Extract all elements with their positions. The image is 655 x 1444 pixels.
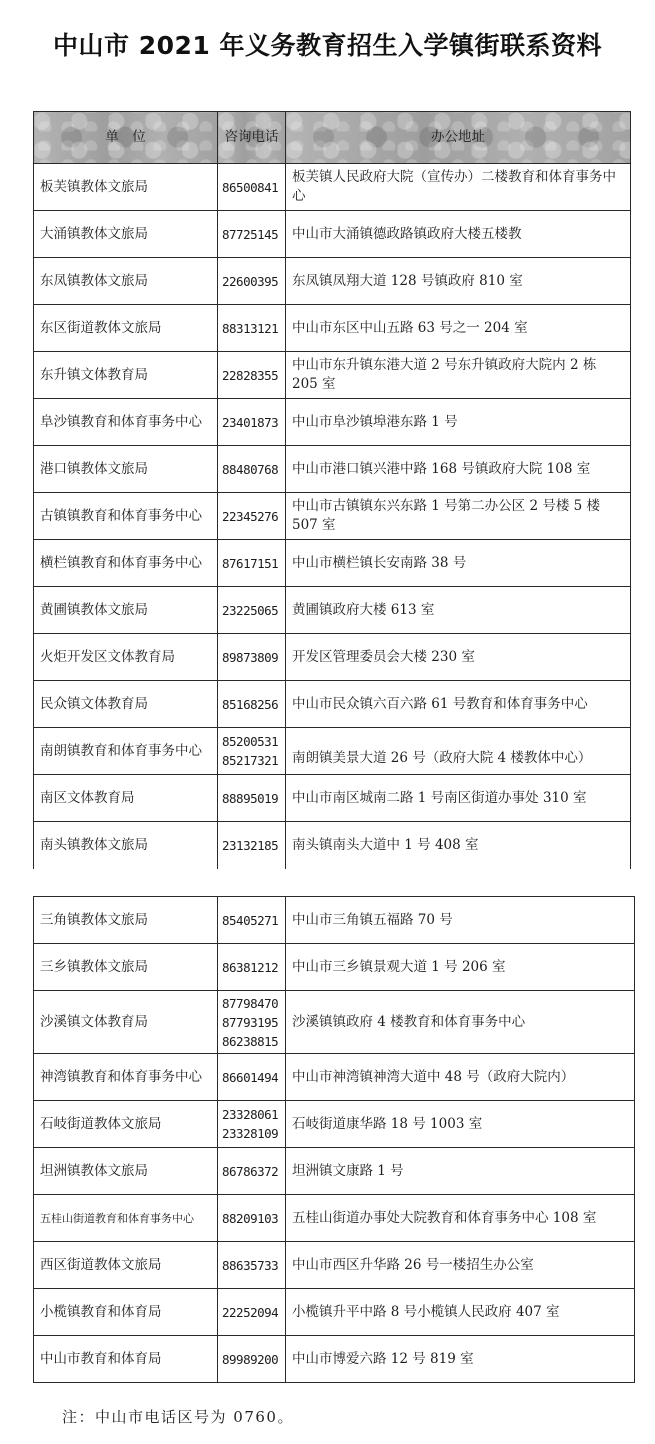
phone-cell: 22828355 [218,352,286,399]
unit-cell: 坦洲镇教体文旅局 [34,1148,218,1195]
table-row: 沙溪镇文体教育局 87798470 87793195 86238815 沙溪镇镇… [34,991,635,1054]
address-cell: 中山市南区城南二路 1 号南区街道办事处 310 室 [286,775,631,822]
table-row: 火炬开发区文体教育局 89873809 开发区管理委员会大楼 230 室 [34,634,631,681]
unit-cell: 阜沙镇教育和体育事务中心 [34,399,218,446]
phone-cell: 22345276 [218,493,286,540]
table-row: 神湾镇教育和体育事务中心 86601494 中山市神湾镇神湾大道中 48 号（政… [34,1054,635,1101]
unit-cell: 黄圃镇教体文旅局 [34,587,218,634]
phone-number: 85200531 [222,732,281,751]
address-cell: 中山市阜沙镇埠港东路 1 号 [286,399,631,446]
table-row: 东升镇文体教育局 22828355 中山市东升镇东港大道 2 号东升镇政府大院内… [34,352,631,399]
phone-cell: 87725145 [218,211,286,258]
table-row: 三乡镇教体文旅局 86381212 中山市三乡镇景观大道 1 号 206 室 [34,944,635,991]
unit-cell: 五桂山街道教育和体育事务中心 [34,1195,218,1242]
unit-cell: 沙溪镇文体教育局 [34,991,218,1054]
table-row: 阜沙镇教育和体育事务中心 23401873 中山市阜沙镇埠港东路 1 号 [34,399,631,446]
phone-number: 87798470 [222,994,281,1013]
header-unit: 单 位 [34,112,218,164]
phone-cell: 86786372 [218,1148,286,1195]
table-row: 坦洲镇教体文旅局 86786372 坦洲镇文康路 1 号 [34,1148,635,1195]
address-cell: 中山市东区中山五路 63 号之一 204 室 [286,305,631,352]
address-cell: 坦洲镇文康路 1 号 [286,1148,635,1195]
phone-cell: 86601494 [218,1054,286,1101]
table-row: 古镇镇教育和体育事务中心 22345276 中山市古镇镇东兴东路 1 号第二办公… [34,493,631,540]
address-cell: 石岐街道康华路 18 号 1003 室 [286,1101,635,1148]
address-cell: 中山市神湾镇神湾大道中 48 号（政府大院内） [286,1054,635,1101]
table-header-row: 单 位 咨询电话 办公地址 [34,112,631,164]
table-row: 南朗镇教育和体育事务中心 85200531 85217321 南朗镇美景大道 2… [34,728,631,775]
address-cell: 南头镇南头大道中 1 号 408 室 [286,822,631,869]
phone-cell: 22600395 [218,258,286,305]
footnote: 注：中山市电话区号为 0760。 [62,1406,294,1427]
phone-cell: 86500841 [218,164,286,211]
unit-cell: 中山市教育和体育局 [34,1336,218,1383]
unit-cell: 港口镇教体文旅局 [34,446,218,493]
address-cell: 中山市东升镇东港大道 2 号东升镇政府大院内 2 栋 205 室 [286,352,631,399]
address-cell: 中山市大涌镇德政路镇政府大楼五楼教 [286,211,631,258]
table-row: 南头镇教体文旅局 23132185 南头镇南头大道中 1 号 408 室 [34,822,631,869]
table-row: 五桂山街道教育和体育事务中心 88209103 五桂山街道办事处大院教育和体育事… [34,1195,635,1242]
phone-number: 87793195 [222,1013,281,1032]
phone-cell: 23401873 [218,399,286,446]
unit-cell: 神湾镇教育和体育事务中心 [34,1054,218,1101]
unit-cell: 石岐街道教体文旅局 [34,1101,218,1148]
phone-cell: 88209103 [218,1195,286,1242]
phone-cell: 22252094 [218,1289,286,1336]
phone-cell: 86381212 [218,944,286,991]
phone-number: 85217321 [222,751,281,770]
unit-cell: 东凤镇教体文旅局 [34,258,218,305]
address-cell: 中山市横栏镇长安南路 38 号 [286,540,631,587]
table-row: 三角镇教体文旅局 85405271 中山市三角镇五福路 70 号 [34,897,635,944]
table-row: 西区街道教体文旅局 88635733 中山市西区升华路 26 号一楼招生办公室 [34,1242,635,1289]
address-cell: 板芙镇人民政府大院（宣传办）二楼教育和体育事务中心 [286,164,631,211]
unit-cell: 东区街道教体文旅局 [34,305,218,352]
phone-number: 23328109 [222,1124,281,1143]
unit-cell: 火炬开发区文体教育局 [34,634,218,681]
unit-cell: 南区文体教育局 [34,775,218,822]
phone-cell: 88895019 [218,775,286,822]
unit-cell: 南头镇教体文旅局 [34,822,218,869]
address-cell: 黄圃镇政府大楼 613 室 [286,587,631,634]
table-row: 南区文体教育局 88895019 中山市南区城南二路 1 号南区街道办事处 31… [34,775,631,822]
contact-table-page-1: 单 位 咨询电话 办公地址 板芙镇教体文旅局 86500841 板芙镇人民政府大… [33,111,631,869]
unit-cell: 大涌镇教体文旅局 [34,211,218,258]
unit-cell: 三乡镇教体文旅局 [34,944,218,991]
table-row: 小榄镇教育和体育局 22252094 小榄镇升平中路 8 号小榄镇人民政府 40… [34,1289,635,1336]
address-cell: 中山市博爱六路 12 号 819 室 [286,1336,635,1383]
table-row: 板芙镇教体文旅局 86500841 板芙镇人民政府大院（宣传办）二楼教育和体育事… [34,164,631,211]
unit-cell: 三角镇教体文旅局 [34,897,218,944]
header-phone: 咨询电话 [218,112,286,164]
address-cell: 南朗镇美景大道 26 号（政府大院 4 楼教体中心） [286,728,631,775]
address-cell: 中山市三乡镇景观大道 1 号 206 室 [286,944,635,991]
table-row: 黄圃镇教体文旅局 23225065 黄圃镇政府大楼 613 室 [34,587,631,634]
address-cell: 沙溪镇镇政府 4 楼教育和体育事务中心 [286,991,635,1054]
unit-cell: 南朗镇教育和体育事务中心 [34,728,218,775]
phone-cell: 23132185 [218,822,286,869]
header-address: 办公地址 [286,112,631,164]
address-cell: 东凤镇凤翔大道 128 号镇政府 810 室 [286,258,631,305]
phone-cell: 85200531 85217321 [218,728,286,775]
unit-cell: 板芙镇教体文旅局 [34,164,218,211]
phone-cell: 88635733 [218,1242,286,1289]
phone-cell: 23225065 [218,587,286,634]
phone-cell: 85405271 [218,897,286,944]
unit-cell: 小榄镇教育和体育局 [34,1289,218,1336]
phone-cell: 87617151 [218,540,286,587]
address-cell: 中山市民众镇六百六路 61 号教育和体育事务中心 [286,681,631,728]
table-row: 东区街道教体文旅局 88313121 中山市东区中山五路 63 号之一 204 … [34,305,631,352]
phone-cell: 88480768 [218,446,286,493]
address-cell: 五桂山街道办事处大院教育和体育事务中心 108 室 [286,1195,635,1242]
table-row: 横栏镇教育和体育事务中心 87617151 中山市横栏镇长安南路 38 号 [34,540,631,587]
table-row: 港口镇教体文旅局 88480768 中山市港口镇兴港中路 168 号镇政府大院 … [34,446,631,493]
phone-number: 23328061 [222,1105,281,1124]
unit-cell: 西区街道教体文旅局 [34,1242,218,1289]
phone-cell: 88313121 [218,305,286,352]
phone-cell: 85168256 [218,681,286,728]
unit-cell: 民众镇文体教育局 [34,681,218,728]
address-cell: 开发区管理委员会大楼 230 室 [286,634,631,681]
unit-cell: 横栏镇教育和体育事务中心 [34,540,218,587]
document-title: 中山市 2021 年义务教育招生入学镇街联系资料 [0,26,655,62]
phone-cell: 23328061 23328109 [218,1101,286,1148]
table-row: 石岐街道教体文旅局 23328061 23328109 石岐街道康华路 18 号… [34,1101,635,1148]
phone-cell: 89873809 [218,634,286,681]
phone-number: 86238815 [222,1032,281,1051]
phone-cell: 87798470 87793195 86238815 [218,991,286,1054]
contact-table-page-2: 三角镇教体文旅局 85405271 中山市三角镇五福路 70 号 三乡镇教体文旅… [33,896,635,1383]
address-cell: 中山市港口镇兴港中路 168 号镇政府大院 108 室 [286,446,631,493]
address-cell: 中山市古镇镇东兴东路 1 号第二办公区 2 号楼 5 楼 507 室 [286,493,631,540]
phone-cell: 89989200 [218,1336,286,1383]
address-cell: 中山市西区升华路 26 号一楼招生办公室 [286,1242,635,1289]
table-row: 大涌镇教体文旅局 87725145 中山市大涌镇德政路镇政府大楼五楼教 [34,211,631,258]
unit-cell: 古镇镇教育和体育事务中心 [34,493,218,540]
table-row: 东凤镇教体文旅局 22600395 东凤镇凤翔大道 128 号镇政府 810 室 [34,258,631,305]
unit-cell: 东升镇文体教育局 [34,352,218,399]
address-cell: 中山市三角镇五福路 70 号 [286,897,635,944]
table-row: 民众镇文体教育局 85168256 中山市民众镇六百六路 61 号教育和体育事务… [34,681,631,728]
table-row: 中山市教育和体育局 89989200 中山市博爱六路 12 号 819 室 [34,1336,635,1383]
address-cell: 小榄镇升平中路 8 号小榄镇人民政府 407 室 [286,1289,635,1336]
